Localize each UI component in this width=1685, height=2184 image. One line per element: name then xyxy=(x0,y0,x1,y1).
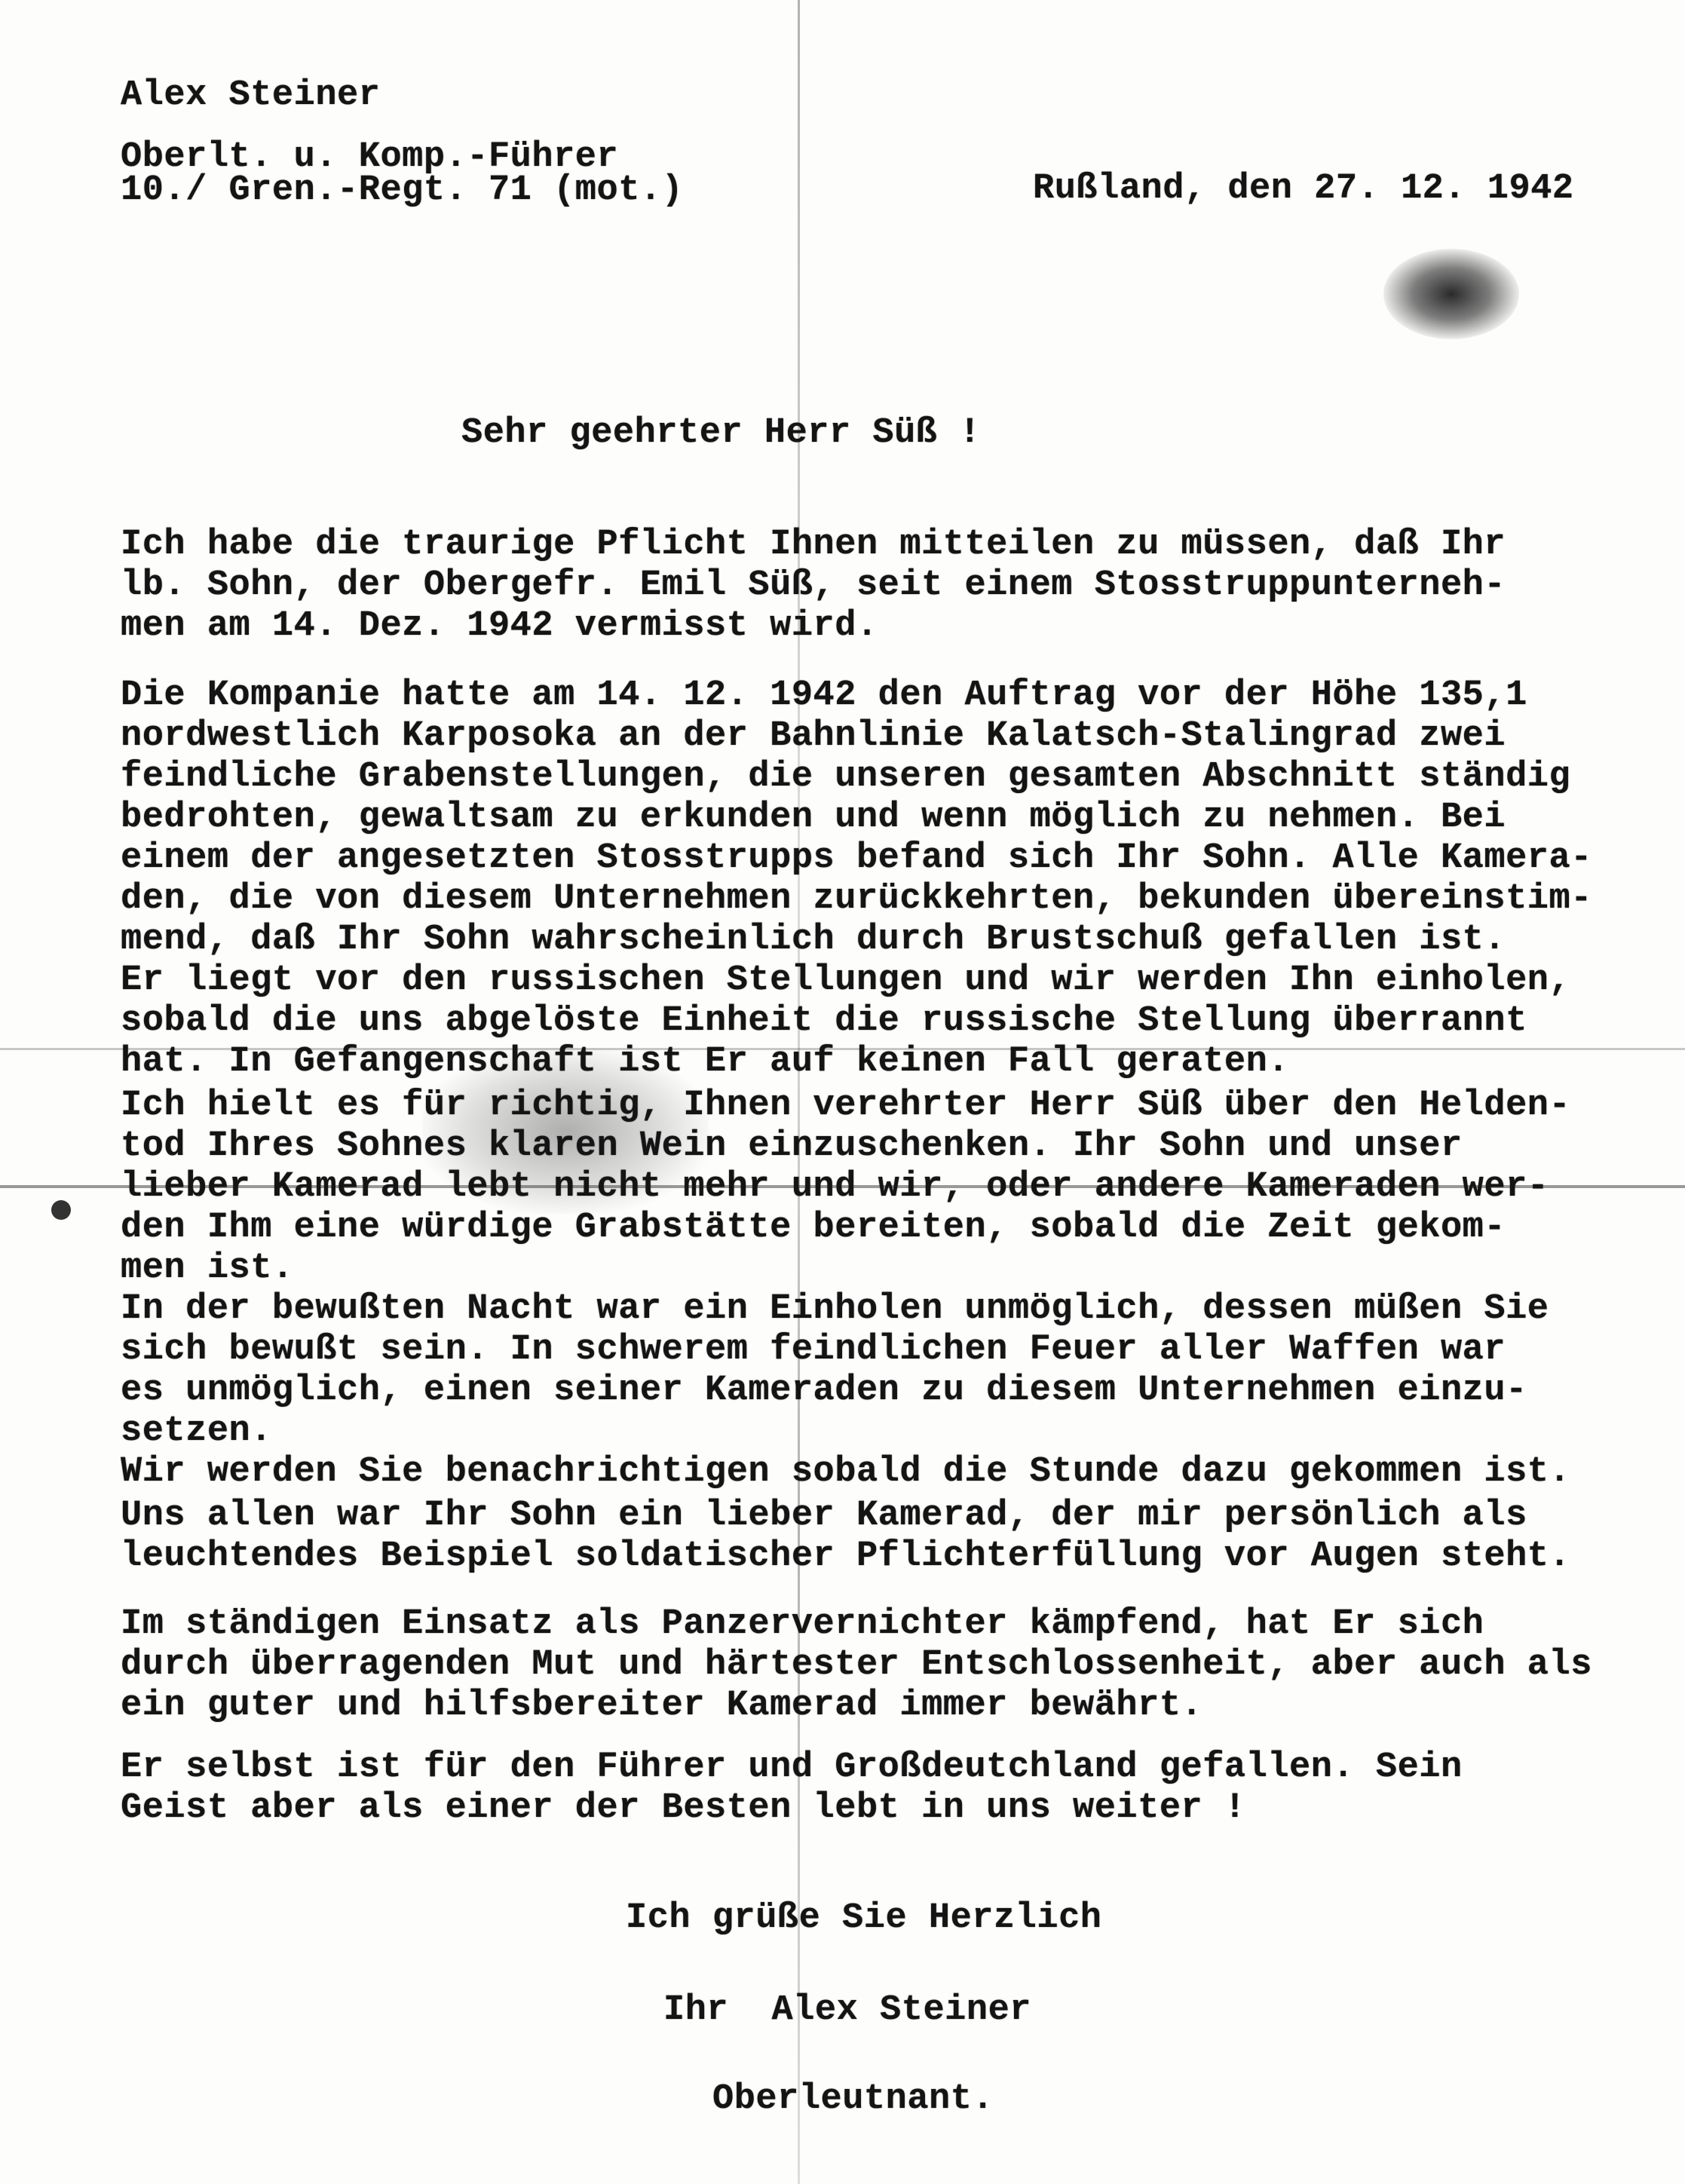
text-line: nordwestlich Karposoka an der Bahnlinie … xyxy=(121,716,1592,757)
text-line: hat. In Gefangenschaft ist Er auf keinen… xyxy=(121,1042,1592,1083)
text-line: leuchtendes Beispiel soldatischer Pflich… xyxy=(121,1536,1570,1577)
paragraph-comrade-praise: Uns allen war Ihr Sohn ein lieber Kamera… xyxy=(121,1496,1570,1577)
text-line: men ist. xyxy=(121,1248,1570,1289)
text-line: Er selbst ist für den Führer und Großdeu… xyxy=(121,1748,1463,1788)
place-and-date: Rußland, den 27. 12. 1942 xyxy=(1033,169,1574,210)
text-line: Ich hielt es für richtig, Ihnen verehrte… xyxy=(121,1086,1570,1126)
text-line: mend, daß Ihr Sohn wahrscheinlich durch … xyxy=(121,920,1592,960)
letter-page: Alex Steiner Oberlt. u. Komp.-Führer 10.… xyxy=(0,0,1685,2184)
text-line: den, die von diesem Unternehmen zurückke… xyxy=(121,879,1592,920)
text-line: Die Kompanie hatte am 14. 12. 1942 den A… xyxy=(121,675,1592,716)
text-line: Ich habe die traurige Pflicht Ihnen mitt… xyxy=(121,525,1506,565)
ink-stain xyxy=(1383,249,1519,339)
text-line: sich bewußt sein. In schwerem feindliche… xyxy=(121,1330,1570,1371)
text-line: men am 14. Dez. 1942 vermisst wird. xyxy=(121,606,1506,647)
ink-dot xyxy=(51,1200,71,1220)
text-line: Im ständigen Einsatz als Panzervernichte… xyxy=(121,1604,1592,1645)
text-line: sobald die uns abgelöste Einheit die rus… xyxy=(121,1001,1592,1042)
text-line: lb. Sohn, der Obergefr. Emil Süß, seit e… xyxy=(121,565,1506,606)
sender-unit: 10./ Gren.-Regt. 71 (mot.) xyxy=(121,170,683,211)
text-line: durch überragenden Mut und härtester Ent… xyxy=(121,1645,1592,1686)
text-line: Er liegt vor den russischen Stellungen u… xyxy=(121,960,1592,1001)
text-line: Wir werden Sie benachrichtigen sobald di… xyxy=(121,1452,1570,1493)
text-line: es unmöglich, einen seiner Kameraden zu … xyxy=(121,1371,1570,1411)
paragraph-heroic-death: Ich hielt es für richtig, Ihnen verehrte… xyxy=(121,1086,1570,1493)
text-line: den Ihm eine würdige Grabstätte bereiten… xyxy=(121,1208,1570,1248)
signatory-title: Oberleutnant. xyxy=(712,2079,994,2120)
text-line: Uns allen war Ihr Sohn ein lieber Kamera… xyxy=(121,1496,1570,1536)
text-line: setzen. xyxy=(121,1411,1570,1452)
closing-greeting: Ich grüße Sie Herzlich xyxy=(626,1898,1102,1939)
paragraph-combat-service: Im ständigen Einsatz als Panzervernichte… xyxy=(121,1604,1592,1726)
text-line: ein guter und hilfsbereiter Kamerad imme… xyxy=(121,1686,1592,1726)
signature: Ihr Alex Steiner xyxy=(663,1990,1031,2031)
text-line: einem der angesetzten Stosstrupps befand… xyxy=(121,838,1592,879)
salutation: Sehr geehrter Herr Süß ! xyxy=(461,413,981,454)
sender-name: Alex Steiner xyxy=(121,75,380,116)
paragraph-mission-account: Die Kompanie hatte am 14. 12. 1942 den A… xyxy=(121,675,1592,1083)
text-line: feindliche Grabenstellungen, die unseren… xyxy=(121,757,1592,798)
text-line: Geist aber als einer der Besten lebt in … xyxy=(121,1788,1463,1829)
text-line: In der bewußten Nacht war ein Einholen u… xyxy=(121,1289,1570,1330)
text-line: lieber Kamerad lebt nicht mehr und wir, … xyxy=(121,1167,1570,1208)
paragraph-missing-notice: Ich habe die traurige Pflicht Ihnen mitt… xyxy=(121,525,1506,647)
paragraph-fallen-legacy: Er selbst ist für den Führer und Großdeu… xyxy=(121,1748,1463,1829)
text-line: bedrohten, gewaltsam zu erkunden und wen… xyxy=(121,798,1592,838)
text-line: tod Ihres Sohnes klaren Wein einzuschenk… xyxy=(121,1126,1570,1167)
